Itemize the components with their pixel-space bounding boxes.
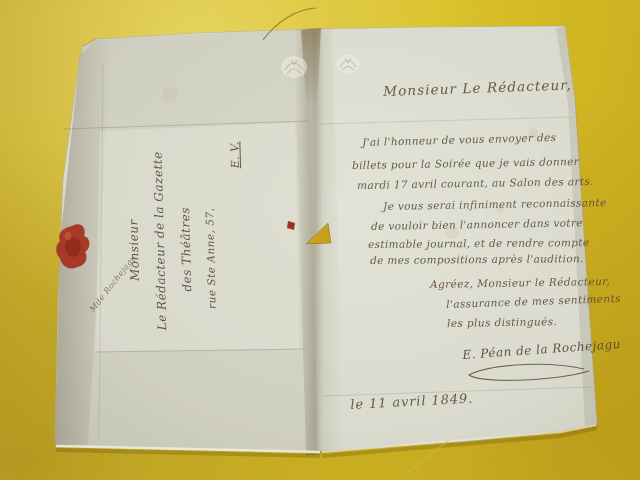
address-block: Monsieur Le Rédacteur de la Gazette des … [124, 111, 262, 339]
address-line: E. V. [228, 111, 255, 169]
body-line: de mes compositions après l'audition. [370, 253, 584, 267]
body-line: estimable journal, et de rendre compte [368, 237, 589, 251]
closing-line: les plus distingués. [447, 316, 557, 330]
embossed-stamp-icon [281, 56, 307, 78]
letter-photograph: Monsieur Le Rédacteur, J'ai l'honneur de… [0, 0, 640, 480]
embossed-stamp-icon [336, 54, 360, 74]
